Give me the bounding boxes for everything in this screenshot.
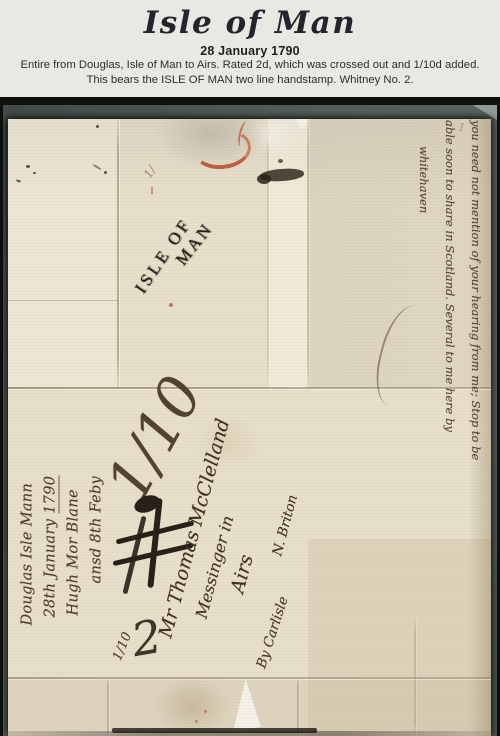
cover-letter: 1/ 1 ISLE OF MAN you need not mention of… bbox=[8, 119, 491, 736]
description-line-1: Entire from Douglas, Isle of Man to Airs… bbox=[0, 58, 500, 73]
page-title: Isle of Man bbox=[0, 5, 500, 41]
photo-corner-wedge bbox=[473, 105, 497, 120]
exhibit-header: Isle of Man 28 January 1790 Entire from … bbox=[0, 0, 500, 97]
date-heading: 28 January 1790 bbox=[0, 44, 500, 58]
mount-background: 1/ 1 ISLE OF MAN you need not mention of… bbox=[3, 105, 497, 736]
exhibit-page: Isle of Man 28 January 1790 Entire from … bbox=[0, 0, 500, 736]
photo-frame: 1/ 1 ISLE OF MAN you need not mention of… bbox=[0, 97, 500, 736]
description-line-2: This bears the ISLE OF MAN two line hand… bbox=[0, 73, 500, 88]
paper-texture bbox=[8, 119, 491, 736]
